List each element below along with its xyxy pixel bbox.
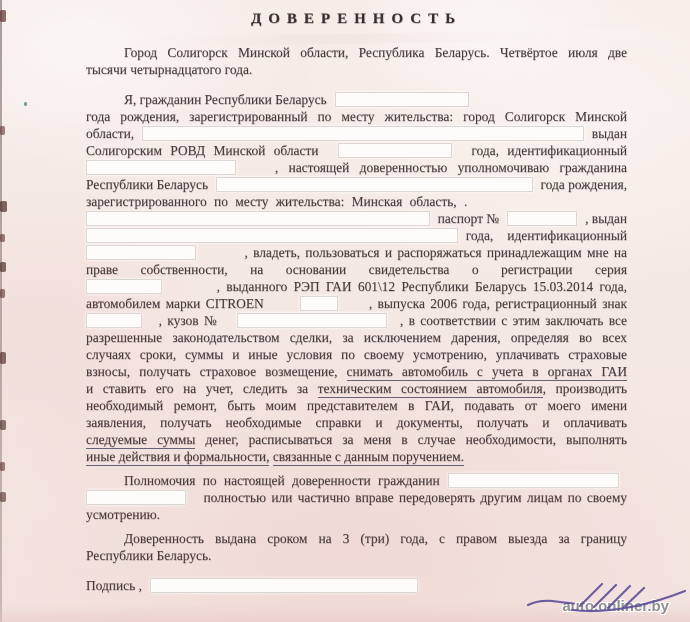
text-segment: выдан <box>592 125 627 142</box>
document-line: Город Солигорск Минской области, Республ… <box>86 44 627 61</box>
text-segment: года, идентификационный <box>471 142 627 159</box>
text-segment: праве собственности, на основании свидет… <box>86 262 627 277</box>
redaction-box <box>216 177 532 192</box>
text-segment: года рождения, <box>541 176 627 193</box>
text-segment: полностью или частично вправе передоверя… <box>204 489 628 506</box>
underlined-text-segment: техническим состоянием автомобиля <box>318 381 543 398</box>
document-line: Республики Беларусь. <box>86 547 627 564</box>
text-segment: случаях сроки, суммы и иные условия по с… <box>86 347 627 362</box>
text-segment: идентификационный <box>507 227 627 244</box>
redaction-box <box>338 143 452 158</box>
document-line: зарегистрированного по месту жительства:… <box>86 193 627 210</box>
document-line: случаях сроки, суммы и иные условия по с… <box>86 346 627 363</box>
redaction-box <box>86 160 236 175</box>
text-segment: , владеть, пользоваться и распоряжаться … <box>244 244 627 261</box>
scan-speck <box>0 126 5 135</box>
scan-speck <box>0 289 5 298</box>
document-line: разрешенные законодательством сделки, за… <box>86 329 627 346</box>
document-content: ДОВЕРЕННОСТЬ Город Солигорск Минской обл… <box>86 8 627 594</box>
document-line: и ставить его на учет, следить за технич… <box>86 380 627 397</box>
text-segment: , производить <box>543 381 627 396</box>
redaction-box <box>237 313 387 328</box>
text-segment: денег, расписываться за меня в случае не… <box>195 432 627 447</box>
document-title: ДОВЕРЕННОСТЬ <box>86 8 627 30</box>
scan-speck <box>24 102 27 106</box>
text-segment: , кузов № <box>159 312 217 329</box>
text-segment: паспорт № <box>438 210 499 227</box>
document-line: области,выдан <box>86 125 627 142</box>
document-line: иные действия и формальности, связанные … <box>86 448 627 465</box>
redaction-box <box>335 92 469 107</box>
text-segment: Доверенность выдана сроком на 3 (три) го… <box>124 531 627 546</box>
document-line: праве собственности, на основании свидет… <box>86 261 627 278</box>
text-segment: Республики Беларусь. <box>86 548 211 563</box>
underlined-text-segment: иные действия и формальности, <box>86 449 269 466</box>
document-line: Солигорским РОВД Минской областигода, ид… <box>86 142 627 159</box>
document-line: года рождения, зарегистрированный по мес… <box>86 108 627 125</box>
scan-speck <box>0 234 5 242</box>
scan-speck <box>0 201 7 212</box>
document-line: , выданного РЭП ГАИ 601\12 Республики Бе… <box>86 278 627 295</box>
text-segment: Город Солигорск Минской области, Республ… <box>124 45 627 60</box>
text-segment: года рождения, зарегистрированный по мес… <box>86 109 627 124</box>
watermark-text: auto.onliner.by <box>562 598 669 615</box>
text-segment: взносы, получать страховое возмещение, <box>86 364 347 379</box>
text-segment: , выпуска 2006 года, регистрационный зна… <box>369 295 627 312</box>
scan-speck <box>0 10 6 22</box>
redaction-box <box>150 578 418 593</box>
text-segment: , выдан <box>585 210 627 227</box>
text-segment: усмотрению. <box>86 507 160 522</box>
scan-speck <box>0 492 6 502</box>
document-line: Доверенность выдана сроком на 3 (три) го… <box>86 530 627 547</box>
document-line: следуемые суммы денег, расписываться за … <box>86 431 627 448</box>
document-line: Подпись , <box>86 577 627 594</box>
text-segment: года, <box>466 227 494 244</box>
scan-speck <box>0 262 6 272</box>
text-segment: необходимый ремонт, быть моим представит… <box>86 398 627 413</box>
underlined-text-segment: связанные с данным поручением. <box>273 449 464 466</box>
scan-speck <box>0 352 6 364</box>
text-segment: разрешенные законодательством сделки, за… <box>86 330 627 345</box>
document-line: , настоящей доверенностью уполномочиваю … <box>86 159 627 176</box>
document-line: необходимый ремонт, быть моим представит… <box>86 397 627 414</box>
underlined-text-segment: следуемые суммы <box>86 432 195 449</box>
document-line: года,идентификационный <box>86 227 627 244</box>
text-segment: Республики Беларусь <box>86 176 208 193</box>
scan-edge-artifact <box>0 0 2 622</box>
document-line: тысячи четырнадцатого года. <box>86 61 627 78</box>
document-line: автомобилем марки CITROEN, выпуска 2006 … <box>86 295 627 312</box>
document-line: полностью или частично вправе передоверя… <box>86 489 627 506</box>
text-segment: Я, гражданин Республики Беларусь <box>124 91 327 108</box>
document-line: усмотрению. <box>86 506 627 523</box>
underlined-text-segment: снимать автомобиль с учета в органах ГАИ <box>347 364 627 381</box>
text-segment: области, <box>86 125 134 142</box>
document-body: Город Солигорск Минской области, Республ… <box>86 44 627 594</box>
text-segment: , в соответствии с этим заключать все <box>400 312 627 329</box>
redaction-box <box>86 313 142 328</box>
document-line: паспорт №, выдан <box>86 210 627 227</box>
document-line: , владеть, пользоваться и распоряжаться … <box>86 244 627 261</box>
redaction-box <box>86 245 196 260</box>
redaction-box <box>86 490 186 505</box>
redaction-box <box>142 126 584 141</box>
text-segment: и ставить его на учет, следить за <box>86 381 318 396</box>
redaction-box <box>507 211 577 226</box>
text-segment: тысячи четырнадцатого года. <box>86 62 252 77</box>
text-segment: Солигорским РОВД Минской области <box>86 142 318 159</box>
document-line: взносы, получать страховое возмещение, с… <box>86 363 627 380</box>
text-segment: , настоящей доверенностью уполномочиваю … <box>275 159 627 176</box>
text-segment: Подпись , <box>86 577 142 594</box>
text-segment: , выданного РЭП ГАИ 601\12 Республики Бе… <box>217 278 627 295</box>
text-segment: Полномочия по настоящей доверенности гра… <box>124 472 440 489</box>
redaction-box <box>86 228 458 243</box>
document-line: Полномочия по настоящей доверенности гра… <box>86 472 627 489</box>
document-line: заявления, получать необходимые справки … <box>86 414 627 431</box>
document-line: Республики Беларусьгода рождения, <box>86 176 627 193</box>
text-segment: зарегистрированного по месту жительства:… <box>86 194 467 209</box>
redaction-box <box>300 296 338 311</box>
redaction-box <box>86 279 162 294</box>
text-segment: автомобилем марки CITROEN <box>86 295 264 312</box>
scan-speck <box>0 462 5 471</box>
redaction-box <box>86 211 430 226</box>
scan-speck <box>0 420 6 430</box>
redaction-box <box>448 473 619 488</box>
text-segment: заявления, получать необходимые справки … <box>86 415 627 430</box>
scanned-document: ДОВЕРЕННОСТЬ Город Солигорск Минской обл… <box>0 0 690 622</box>
document-line: Я, гражданин Республики Беларусь <box>86 91 627 108</box>
document-line: , кузов №, в соответствии с этим заключа… <box>86 312 627 329</box>
